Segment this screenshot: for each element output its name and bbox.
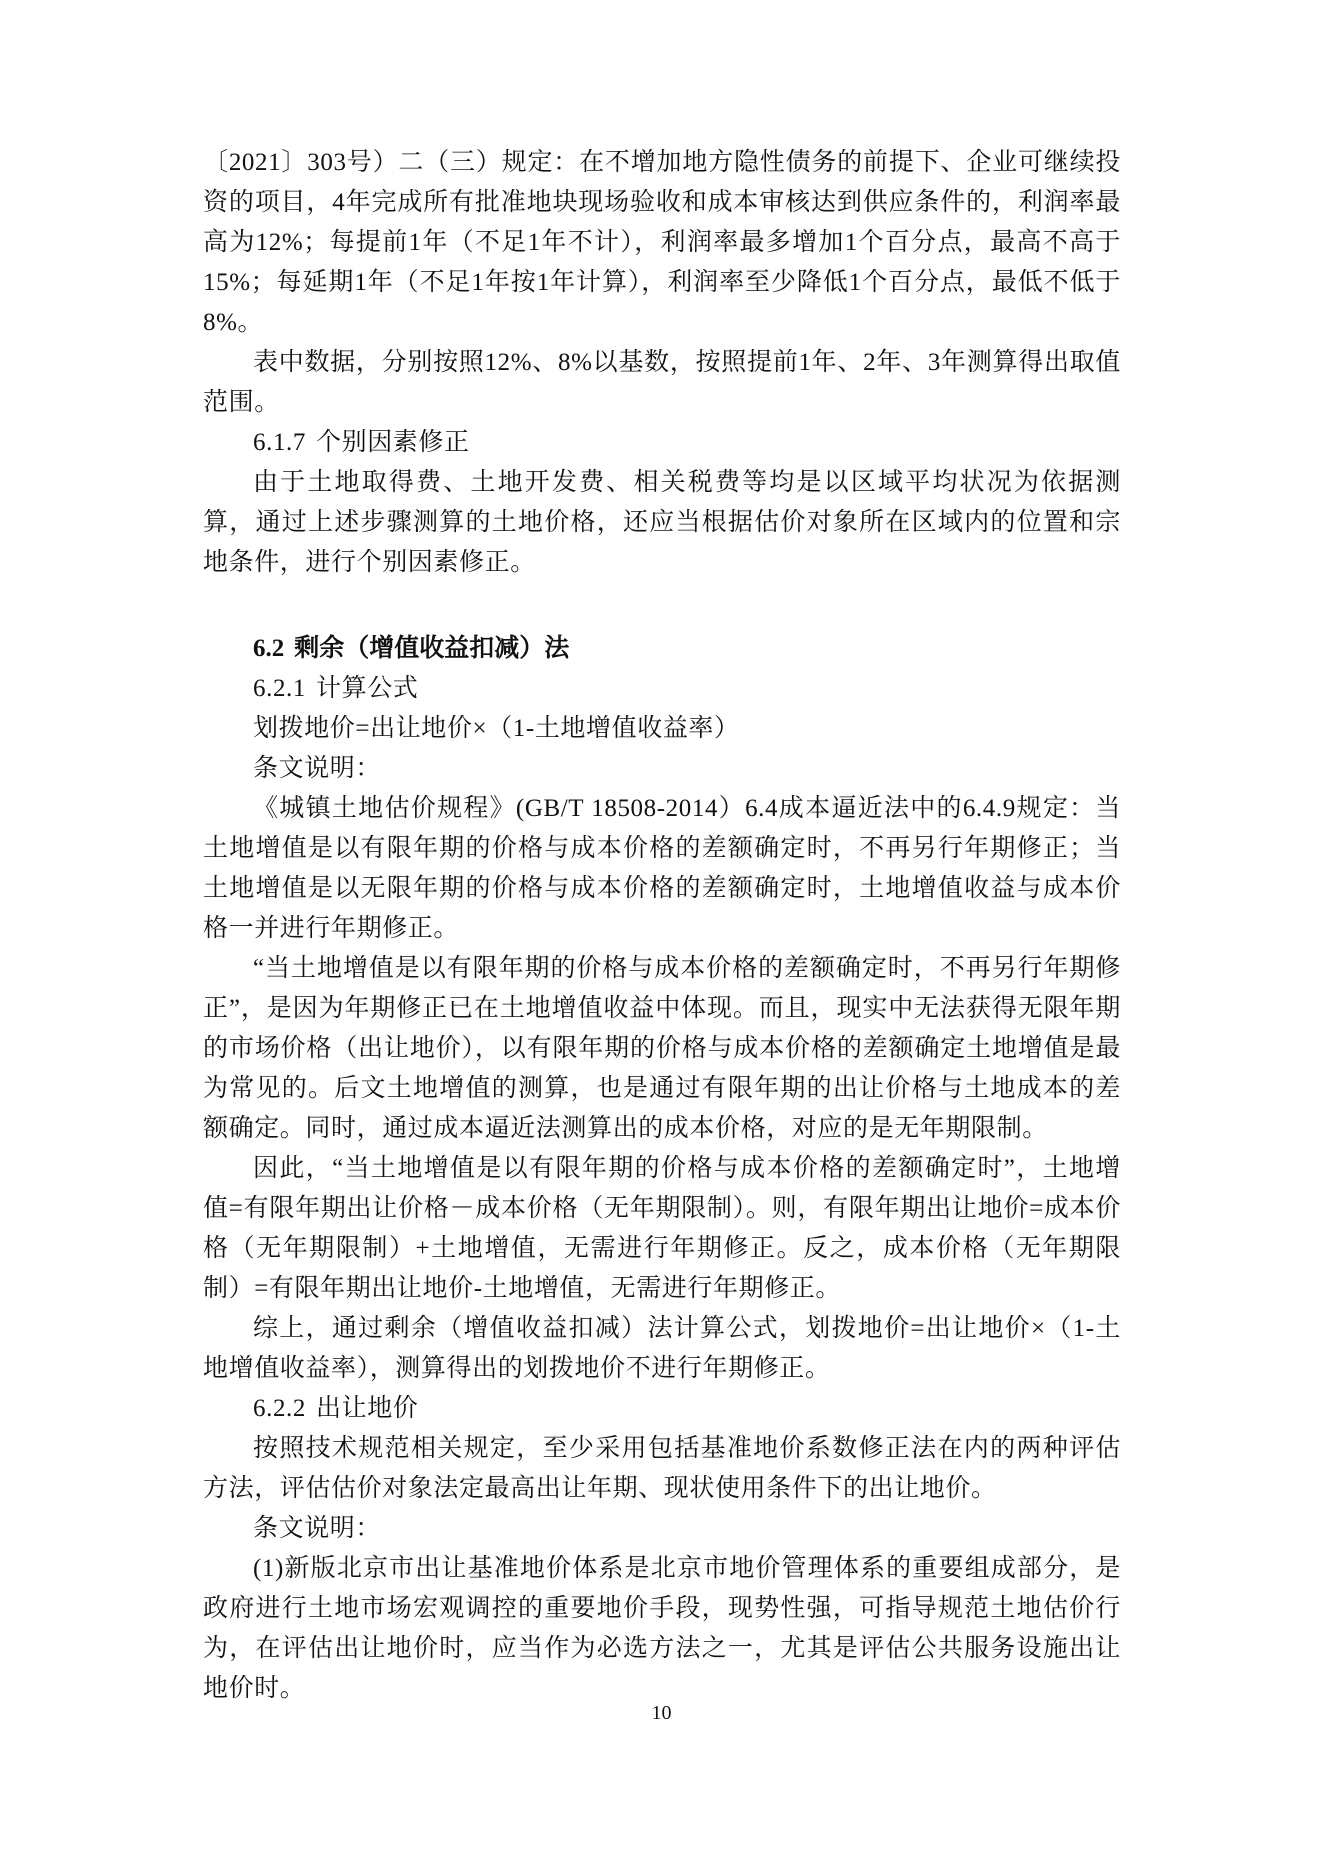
section-6-2-1-heading: 6.2.1计算公式: [203, 669, 1121, 709]
page-number: 10: [0, 1700, 1323, 1726]
section-6-1-7-heading: 6.1.7个别因素修正: [203, 423, 1121, 463]
note-label: 条文说明：: [203, 749, 1121, 789]
note-paragraph: 《城镇土地估价规程》(GB/T 18508-2014）6.4成本逼近法中的6.4…: [203, 789, 1121, 949]
section-6-2-2-body: 按照技术规范相关规定，至少采用包括基准地价系数修正法在内的两种评估方法，评估估价…: [203, 1429, 1121, 1509]
section-6-2-2-heading: 6.2.2出让地价: [203, 1389, 1121, 1429]
section-number: 6.2.1: [253, 675, 306, 702]
note-paragraph: “当土地增值是以有限年期的价格与成本价格的差额确定时，不再另行年期修正”，是因为…: [203, 949, 1121, 1149]
note-paragraph: 综上，通过剩余（增值收益扣减）法计算公式，划拨地价=出让地价×（1-土地增值收益…: [203, 1309, 1121, 1389]
section-title: 个别因素修正: [316, 429, 470, 456]
note-paragraph: 因此，“当土地增值是以有限年期的价格与成本价格的差额确定时”，土地增值=有限年期…: [203, 1149, 1121, 1309]
section-title: 出让地价: [316, 1395, 418, 1422]
paragraph-profit-rate-rule: 〔2021〕303号）二（三）规定：在不增加地方隐性债务的前提下、企业可继续投资…: [203, 143, 1121, 343]
section-number: 6.1.7: [253, 429, 306, 456]
section-number: 6.2: [253, 635, 284, 662]
paragraph-table-data-note: 表中数据，分别按照12%、8%以基数，按照提前1年、2年、3年测算得出取值范围。: [203, 343, 1121, 423]
formula-line: 划拨地价=出让地价×（1-土地增值收益率）: [203, 709, 1121, 749]
note-paragraph: (1)新版北京市出让基准地价体系是北京市地价管理体系的重要组成部分，是政府进行土…: [203, 1549, 1121, 1709]
section-title: 计算公式: [316, 675, 418, 702]
note-label: 条文说明：: [203, 1509, 1121, 1549]
section-title: 剩余（增值收益扣减）法: [294, 633, 569, 662]
section-6-2-heading: 6.2剩余（增值收益扣减）法: [203, 628, 1121, 669]
section-6-1-7-body: 由于土地取得费、土地开发费、相关税费等均是以区域平均状况为依据测算，通过上述步骤…: [203, 463, 1121, 583]
document-page: 〔2021〕303号）二（三）规定：在不增加地方隐性债务的前提下、企业可继续投资…: [203, 143, 1121, 1709]
section-number: 6.2.2: [253, 1395, 306, 1422]
